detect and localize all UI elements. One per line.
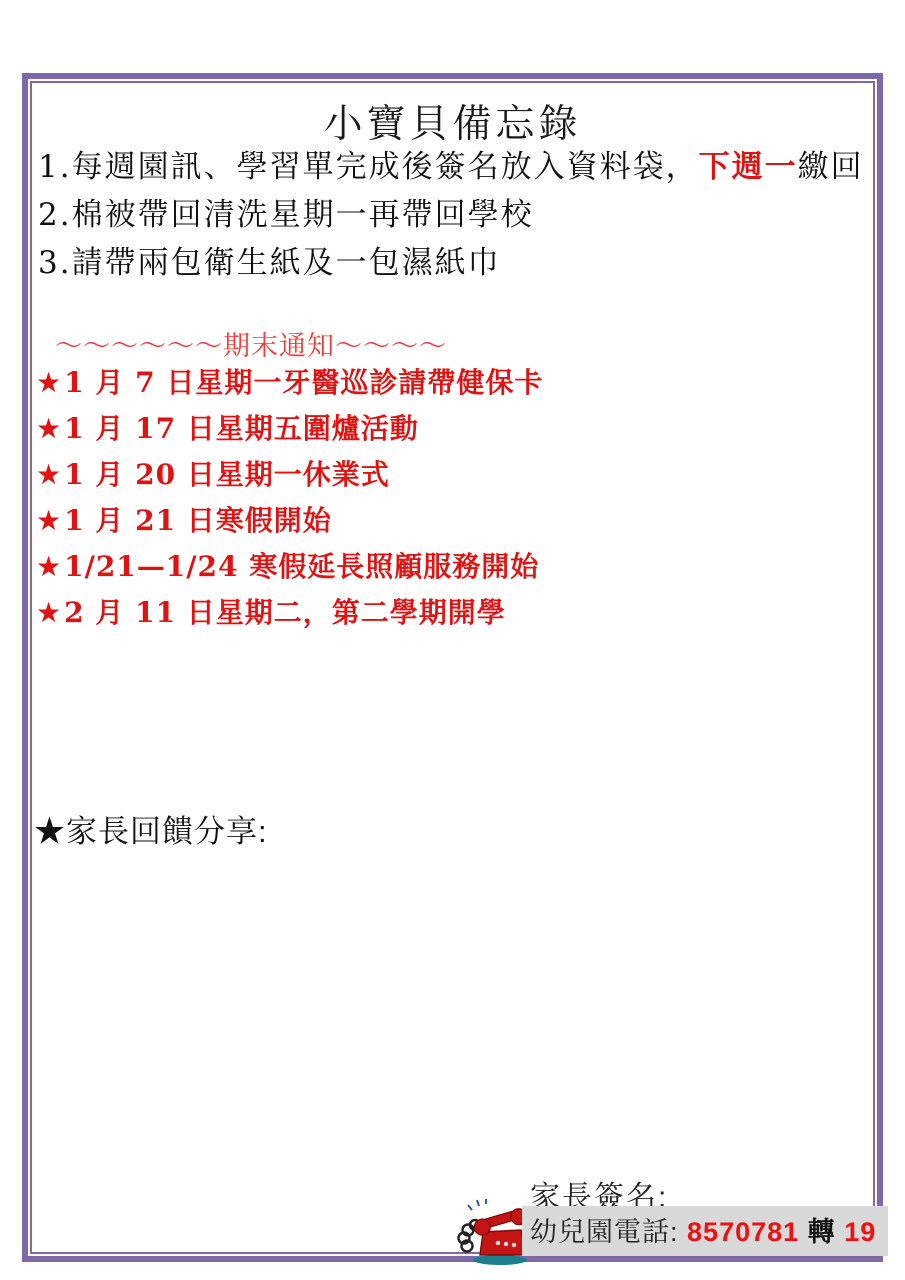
notice-text: 2 月 11 日星期二，第二學期開學 — [64, 596, 506, 629]
notice-list: ★1 月 7 日星期一牙醫巡診請帶健保卡 ★1 月 17 日星期五圍爐活動 ★1… — [36, 360, 866, 636]
notice-text: 1 月 7 日星期一牙醫巡診請帶健保卡 — [64, 366, 543, 399]
memo-item: 2.棉被帶回清洗星期一再帶回學校 — [38, 191, 868, 239]
notice-item: ★1 月 7 日星期一牙醫巡診請帶健保卡 — [36, 360, 866, 406]
notice-text: 1 月 21 日寒假開始 — [64, 504, 332, 537]
star-icon: ★ — [36, 596, 62, 629]
phone-ext-word: 轉 — [808, 1217, 836, 1247]
feedback-label: 家長回饋分享: — [66, 814, 268, 849]
notice-item: ★1 月 20 日星期一休業式 — [36, 452, 866, 498]
star-icon: ★ — [36, 504, 62, 537]
memo-item: 3.請帶兩包衛生紙及一包濕紙巾 — [38, 239, 868, 287]
notice-item: ★1 月 21 日寒假開始 — [36, 498, 866, 544]
star-icon: ★ — [34, 814, 66, 849]
feedback-line: ★家長回饋分享: — [34, 806, 268, 851]
phone-ext-number: 19 — [844, 1217, 876, 1247]
due-date-highlight: 下週一 — [699, 149, 798, 185]
notice-text: 1 月 20 日星期一休業式 — [64, 458, 390, 491]
star-icon: ★ — [36, 458, 62, 491]
notice-text: 1/21—1/24 寒假延長照顧服務開始 — [64, 550, 539, 583]
star-icon: ★ — [36, 366, 62, 399]
memo-item: 1.每週園訊、學習單完成後簽名放入資料袋，下週一繳回 — [38, 143, 868, 191]
phone-number: 8570781 — [687, 1217, 799, 1247]
notice-text: 1 月 17 日星期五圍爐活動 — [64, 412, 419, 445]
page-title: 小寶貝備忘錄 — [0, 93, 905, 149]
star-icon: ★ — [36, 550, 62, 583]
notice-item: ★2 月 11 日星期二，第二學期開學 — [36, 590, 866, 636]
notice-item: ★1/21—1/24 寒假延長照顧服務開始 — [36, 544, 866, 590]
notice-header: ～～～～～～期末通知～～～～ — [55, 324, 447, 363]
phone-label: 幼兒園電話: — [530, 1217, 679, 1247]
notice-item: ★1 月 17 日星期五圍爐活動 — [36, 406, 866, 452]
star-icon: ★ — [36, 412, 62, 445]
memo-list: 1.每週園訊、學習單完成後簽名放入資料袋，下週一繳回 2.棉被帶回清洗星期一再帶… — [38, 143, 868, 287]
phone-info: 幼兒園電話: 8570781 轉 19 — [522, 1206, 888, 1256]
